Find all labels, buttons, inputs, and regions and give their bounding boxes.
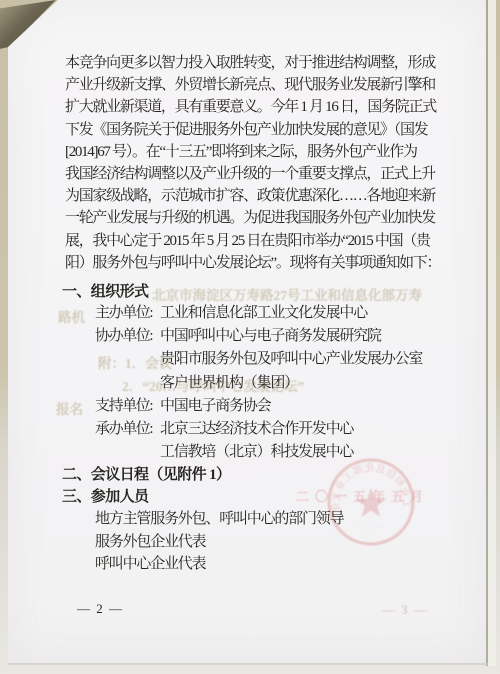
page-number: — 2 — bbox=[77, 601, 124, 617]
organizer-row: 协办单位: 中国呼叫中心与电子商务发展研究院 bbox=[95, 325, 381, 348]
organizer-value: 中国呼叫中心与电子商务发展研究院 bbox=[160, 325, 381, 348]
organizer-value: 贵阳市服务外包及呼叫中心产业发展办公室 bbox=[160, 348, 422, 371]
body-line: 下发《国务院关于促进服务外包产业加快发展的意见》（国发 bbox=[65, 119, 440, 141]
body-paragraph: 本竞争向更多以智力投入取胜转变，对于推进结构调整，形成 产业升级新支撑、外贸增长… bbox=[65, 52, 440, 274]
body-line: 为国家级战略，示范城市扩容、政策优惠深化……各地迎来新 bbox=[65, 185, 440, 207]
body-line: 阳）服务外包与呼叫中心发展论坛”。现将有关事项通知如下： bbox=[65, 252, 440, 274]
organizer-label: 协办单位: bbox=[95, 325, 160, 348]
organizer-row: 客户世界机构（集团） bbox=[95, 372, 298, 395]
organizer-row: 承办单位: 北京三达经济技术合作开发中心 bbox=[95, 418, 353, 441]
organizer-label bbox=[95, 441, 160, 464]
organizer-row: 主办单位: 工业和信息化部工业文化发展中心 bbox=[95, 302, 367, 325]
organizer-row: 贵阳市服务外包及呼叫中心产业发展办公室 bbox=[95, 348, 422, 371]
organizer-value: 北京三达经济技术合作开发中心 bbox=[160, 418, 353, 441]
organizer-value: 客户世界机构（集团） bbox=[160, 372, 298, 395]
organizer-row: 支持单位: 中国电子商务协会 bbox=[95, 395, 270, 418]
attendee-line: 地方主管服务外包、呼叫中心的部门领导 bbox=[95, 508, 343, 530]
organizer-value: 中国电子商务协会 bbox=[160, 395, 270, 418]
organizer-value: 工业和信息化部工业文化发展中心 bbox=[160, 302, 367, 325]
seal-bottom-marks: ······· bbox=[349, 517, 386, 533]
organizer-label bbox=[95, 348, 160, 371]
section-heading-agenda: 二、会议日程（见附件 1） bbox=[62, 466, 230, 485]
body-line: 我国经济结构调整以及产业升级的一个重要支撑点，正式上升 bbox=[65, 163, 440, 185]
organizer-label: 主办单位: bbox=[95, 302, 160, 325]
body-line: 本竞争向更多以智力投入取胜转变，对于推进结构调整，形成 bbox=[65, 52, 440, 74]
body-line: 一轮产业发展与升级的机遇。为促进我国服务外包产业加快发 bbox=[65, 207, 440, 229]
bleed-through-page-number: — 3 — bbox=[382, 602, 429, 618]
organizer-label: 承办单位: bbox=[95, 418, 160, 441]
body-line: 扩大就业新渠道，具有重要意义。今年 1 月 16 日，国务院正式 bbox=[65, 96, 440, 118]
attendee-line: 服务外包企业代表 bbox=[95, 531, 205, 553]
scanned-document: 北京市海淀区万寿路27号工业和信息化部万寿 路机 附：1．会议 2．“20…与呼… bbox=[0, 0, 500, 674]
organizer-value: 工信教培（北京）科技发展中心 bbox=[160, 441, 353, 464]
body-line: 展，我中心定于 2015 年 5 月 25 日在贵阳市举办“2015 中国（贵 bbox=[65, 230, 440, 252]
attendee-line: 呼叫中心企业代表 bbox=[95, 553, 205, 575]
bleed-through-text: 报名 bbox=[56, 398, 83, 418]
bleed-through-text: 北京市海淀区万寿路27号工业和信息化部万寿 bbox=[152, 284, 422, 304]
bleed-through-text: 路机 bbox=[58, 306, 85, 326]
organizer-row: 工信教培（北京）科技发展中心 bbox=[95, 441, 353, 464]
section-heading-participants: 三、参加人员 bbox=[62, 488, 148, 507]
section-heading-organization: 一、组织形式 bbox=[62, 283, 148, 302]
body-line: [2014]67 号）。在“十三五”即将到来之际，服务外包产业作为 bbox=[65, 141, 440, 163]
organizer-label bbox=[95, 372, 160, 395]
underlying-page-edge bbox=[488, 0, 496, 666]
body-line: 产业升级新支撑、外贸增长新亮点、现代服务业发展新引擎和 bbox=[65, 74, 440, 96]
organizer-label: 支持单位: bbox=[95, 395, 160, 418]
page-bottom-edge bbox=[8, 663, 488, 665]
svg-text:·······: ······· bbox=[349, 517, 386, 533]
seal-star-icon bbox=[356, 488, 386, 517]
